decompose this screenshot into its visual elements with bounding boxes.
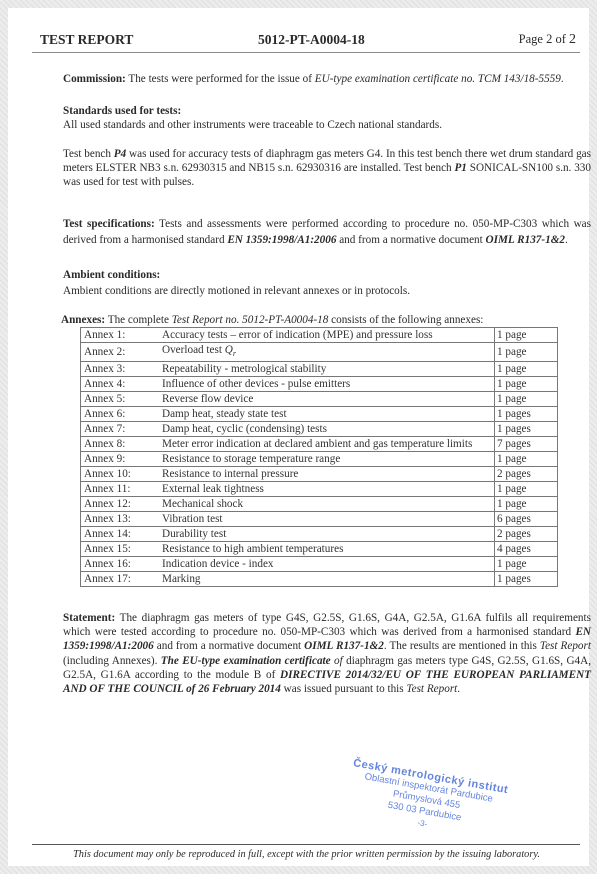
annex-title: Mechanical shock <box>159 497 495 512</box>
header-divider <box>32 52 580 53</box>
test-bench-paragraph: Test bench P4 was used for accuracy test… <box>63 147 591 190</box>
annex-row: Annex 13:Vibration test6 pages <box>81 512 558 527</box>
annex-annex: Annex 1: <box>81 327 160 342</box>
annex-title: Marking <box>159 572 495 587</box>
annex-pages: 1 page <box>495 377 558 392</box>
bench-p1: P1 <box>454 162 466 174</box>
annex-title: Indication device - index <box>159 557 495 572</box>
certificate-reference: EU-type examination certificate no. TCM … <box>315 73 561 85</box>
footer-disclaimer: This document may only be reproduced in … <box>8 849 597 860</box>
statement-paragraph: Statement: The diaphragm gas meters of t… <box>63 611 591 696</box>
annex-row: Annex 9:Resistance to storage temperatur… <box>81 452 558 467</box>
annex-pages: 4 pages <box>495 542 558 557</box>
annex-row: Annex 6:Damp heat, steady state test1 pa… <box>81 407 558 422</box>
annex-title: Resistance to internal pressure <box>159 467 495 482</box>
annexes-table: Annex 1:Accuracy tests – error of indica… <box>80 327 558 587</box>
annex-title: Durability test <box>159 527 495 542</box>
annex-title: Reverse flow device <box>159 392 495 407</box>
annex-row: Annex 2:Overload test Qr1 page <box>81 342 558 361</box>
annex-pages: 1 page <box>495 342 558 361</box>
report-title: TEST REPORT <box>40 32 133 48</box>
annex-annex: Annex 11: <box>81 482 160 497</box>
annex-row: Annex 11:External leak tightness1 page <box>81 482 558 497</box>
annex-annex: Annex 12: <box>81 497 160 512</box>
annex-annex: Annex 10: <box>81 467 160 482</box>
annex-annex: Annex 6: <box>81 407 160 422</box>
document-page: TEST REPORT 5012-PT-A0004-18 Page 2 of 2… <box>0 0 597 874</box>
standards-heading: Standards used for tests: <box>63 104 591 118</box>
annex-title: Vibration test <box>159 512 495 527</box>
commission-paragraph: Commission: The tests were performed for… <box>63 72 591 86</box>
report-number: 5012-PT-A0004-18 <box>258 32 365 48</box>
annex-pages: 1 page <box>495 392 558 407</box>
annex-row: Annex 14:Durability test2 pages <box>81 527 558 542</box>
bench-p4: P4 <box>114 148 126 160</box>
annex-pages: 1 pages <box>495 422 558 437</box>
annex-annex: Annex 17: <box>81 572 160 587</box>
annex-row: Annex 4:Influence of other devices - pul… <box>81 377 558 392</box>
annex-row: Annex 1:Accuracy tests – error of indica… <box>81 327 558 342</box>
report-body: Commission: The tests were performed for… <box>63 72 591 696</box>
annex-pages: 6 pages <box>495 512 558 527</box>
annex-row: Annex 8:Meter error indication at declar… <box>81 437 558 452</box>
annexes-intro: Annexes: The complete Test Report no. 50… <box>61 313 591 327</box>
annex-annex: Annex 2: <box>81 342 160 361</box>
footer-divider <box>32 844 580 845</box>
annex-annex: Annex 5: <box>81 392 160 407</box>
annex-annex: Annex 13: <box>81 512 160 527</box>
annex-pages: 1 page <box>495 557 558 572</box>
annex-pages: 1 page <box>495 482 558 497</box>
page-indicator: Page 2 of 2 <box>519 32 576 48</box>
annex-row: Annex 5:Reverse flow device1 page <box>81 392 558 407</box>
annex-annex: Annex 8: <box>81 437 160 452</box>
annex-pages: 7 pages <box>495 437 558 452</box>
ambient-heading: Ambient conditions: <box>63 268 591 282</box>
annex-annex: Annex 15: <box>81 542 160 557</box>
annex-title: Damp heat, steady state test <box>159 407 495 422</box>
annex-annex: Annex 14: <box>81 527 160 542</box>
annex-title: Influence of other devices - pulse emitt… <box>159 377 495 392</box>
annex-annex: Annex 4: <box>81 377 160 392</box>
test-specifications-paragraph: Test specifications: Tests and assessmen… <box>63 216 591 248</box>
annex-row: Annex 3:Repeatability - metrological sta… <box>81 362 558 377</box>
annex-pages: 1 pages <box>495 407 558 422</box>
annex-pages: 1 page <box>495 452 558 467</box>
annex-row: Annex 17:Marking1 pages <box>81 572 558 587</box>
annex-title: External leak tightness <box>159 482 495 497</box>
standards-text: All used standards and other instruments… <box>63 118 591 132</box>
annex-title: Meter error indication at declared ambie… <box>159 437 495 452</box>
annex-title: Repeatability - metrological stability <box>159 362 495 377</box>
annex-annex: Annex 7: <box>81 422 160 437</box>
annex-row: Annex 7:Damp heat, cyclic (condensing) t… <box>81 422 558 437</box>
annex-title: Resistance to storage temperature range <box>159 452 495 467</box>
annex-annex: Annex 9: <box>81 452 160 467</box>
annex-pages: 1 pages <box>495 572 558 587</box>
annex-pages: 1 page <box>495 362 558 377</box>
institute-stamp: Český metrologický institut Oblastní ins… <box>338 756 516 845</box>
annex-annex: Annex 16: <box>81 557 160 572</box>
annex-title: Damp heat, cyclic (condensing) tests <box>159 422 495 437</box>
annex-pages: 1 page <box>495 497 558 512</box>
annex-title: Accuracy tests – error of indication (MP… <box>159 327 495 342</box>
annex-row: Annex 16:Indication device - index1 page <box>81 557 558 572</box>
annex-row: Annex 15:Resistance to high ambient temp… <box>81 542 558 557</box>
page-header: TEST REPORT 5012-PT-A0004-18 Page 2 of 2 <box>36 30 576 52</box>
ambient-text: Ambient conditions are directly motioned… <box>63 284 591 298</box>
annex-title: Resistance to high ambient temperatures <box>159 542 495 557</box>
annex-annex: Annex 3: <box>81 362 160 377</box>
annex-row: Annex 12:Mechanical shock1 page <box>81 497 558 512</box>
annex-pages: 2 pages <box>495 527 558 542</box>
annex-pages: 1 page <box>495 327 558 342</box>
annex-row: Annex 10:Resistance to internal pressure… <box>81 467 558 482</box>
annex-pages: 2 pages <box>495 467 558 482</box>
annex-title: Overload test Qr <box>159 342 495 361</box>
